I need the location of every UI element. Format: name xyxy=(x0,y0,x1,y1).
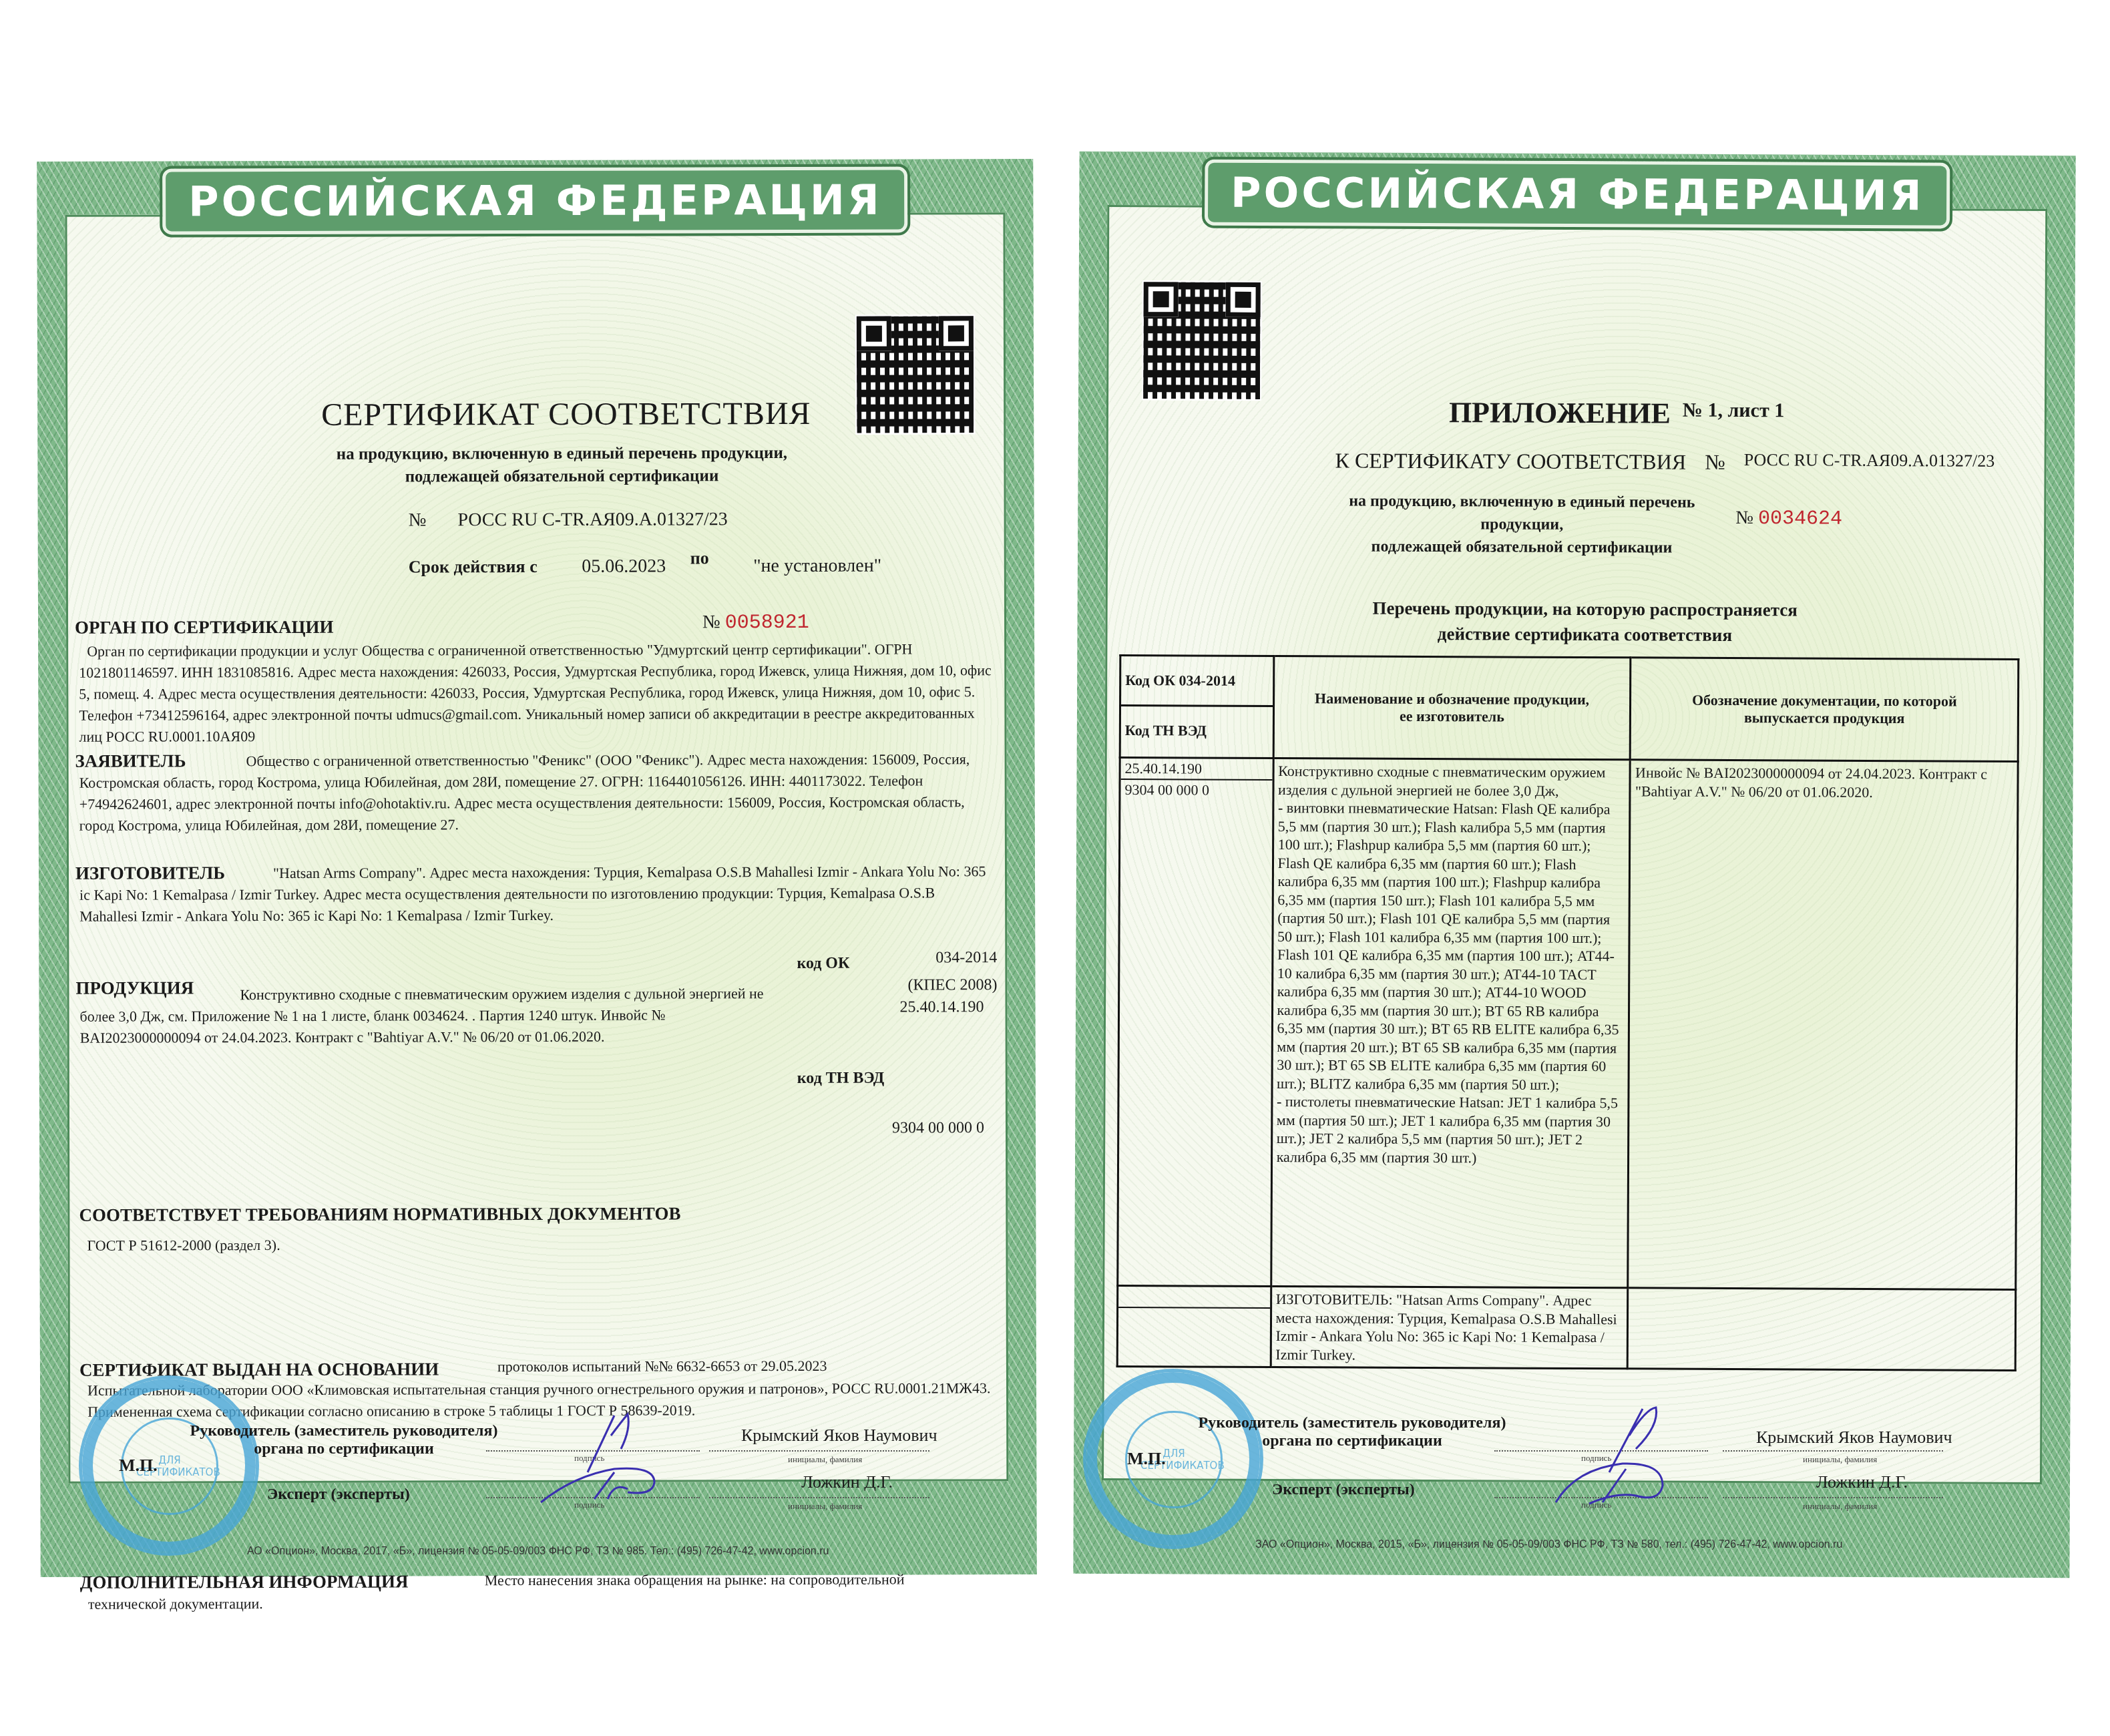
compliance-text: ГОСТ Р 51612-2000 (раздел 3). xyxy=(87,1235,280,1257)
row-tnved-code: 9304 00 000 0 xyxy=(1120,780,1272,801)
basis-label: СЕРТИФИКАТ ВЫДАН НА ОСНОВАНИИ xyxy=(79,1359,439,1380)
row-product-name: Конструктивно сходные с пневматическим о… xyxy=(1271,758,1630,1288)
expert-label: Эксперт (эксперты) xyxy=(267,1486,410,1504)
certificate-sheet: РОССИЙСКАЯ ФЕДЕРАЦИЯ СЕРТИФИКАТ СООТВЕТС… xyxy=(37,159,1037,1577)
head-name: Крымский Яков Наумович xyxy=(741,1426,937,1446)
appendix-title: ПРИЛОЖЕНИЕ № 1, лист 1 xyxy=(1449,395,1784,431)
expert-name-line xyxy=(1723,1497,1943,1498)
additional-info-first: Место нанесения знака обращения на рынке… xyxy=(485,1569,905,1592)
to-certificate: К СЕРТИФИКАТУ СООТВЕТСТВИЯ № РОСС RU C-T… xyxy=(1335,448,1995,475)
appendix-sheet: РОССИЙСКАЯ ФЕДЕРАЦИЯ ПРИЛОЖЕНИЕ № 1, лис… xyxy=(1073,152,2075,1578)
row-manufacturer: ИЗГОТОВИТЕЛЬ: "Hatsan Arms Company". Адр… xyxy=(1271,1287,1628,1369)
expert-name-line xyxy=(709,1497,929,1498)
row-documentation: Инвойс № BAI2023000000094 от 24.04.2023.… xyxy=(1628,760,2018,1290)
table-row: 25.40.14.190 9304 00 000 0 Конструктивно… xyxy=(1118,758,2018,1290)
compliance-label: СООТВЕТСТВУЕТ ТРЕБОВАНИЯМ НОРМАТИВНЫХ ДО… xyxy=(79,1203,680,1225)
blank-number: № 0058921 xyxy=(702,612,809,634)
qr-code-icon xyxy=(1142,280,1262,401)
header-product-name: Наименование и обозначение продукции, ее… xyxy=(1273,656,1631,760)
appendix-paper: РОССИЙСКАЯ ФЕДЕРАЦИЯ ПРИЛОЖЕНИЕ № 1, лис… xyxy=(1102,205,2047,1484)
qr-code-icon xyxy=(855,314,975,434)
additional-info-label: ДОПОЛНИТЕЛЬНАЯ ИНФОРМАЦИЯ xyxy=(80,1572,409,1593)
name-caption: инициалы, фамилия xyxy=(1803,1501,1877,1512)
cert-body-text: Орган по сертификации продукции и услуг … xyxy=(79,638,994,748)
row-ok-code: 25.40.14.190 xyxy=(1121,758,1273,781)
seal-label: М.П. xyxy=(1127,1449,1166,1469)
certificate-paper: РОССИЙСКАЯ ФЕДЕРАЦИЯ СЕРТИФИКАТ СООТВЕТС… xyxy=(65,212,1008,1484)
additional-info-text: технической документации. xyxy=(88,1593,263,1615)
head-name-line xyxy=(1723,1450,1943,1452)
header-documentation: Обозначение документации, по которой вып… xyxy=(1631,658,2019,762)
printer-line: ЗАО «Опцион», Москва, 2015, «Б», лицензи… xyxy=(1255,1539,1842,1551)
expert-signature-icon xyxy=(1549,1456,1696,1509)
head-name-line xyxy=(709,1450,929,1452)
product-text: Конструктивно сходные с пневматическим о… xyxy=(79,983,787,1049)
certificate-subtitle: на продукцию, включенную в единый перече… xyxy=(294,442,829,489)
table-row: ИЗГОТОВИТЕЛЬ: "Hatsan Arms Company". Адр… xyxy=(1117,1286,2016,1371)
seal-label: М.П. xyxy=(119,1456,158,1476)
basis-text-first: протоколов испытаний №№ 6632-6653 от 29.… xyxy=(497,1355,827,1377)
appendix-subtitle: на продукцию, включенную в единый перече… xyxy=(1335,489,1709,559)
expert-label: Эксперт (эксперты) xyxy=(1272,1481,1415,1499)
country-banner: РОССИЙСКАЯ ФЕДЕРАЦИЯ xyxy=(162,167,908,235)
expert-signature-icon xyxy=(534,1462,681,1509)
applicant-text: Общество с ограниченной ответственностью… xyxy=(79,748,994,837)
cert-body-label: ОРГАН ПО СЕРТИФИКАЦИИ xyxy=(75,617,333,638)
row-ok-code xyxy=(1118,1287,1270,1309)
header-tnved-code: Код ТН ВЭД xyxy=(1121,706,1273,755)
blank-number: № 0034624 xyxy=(1735,507,1842,531)
table-header-row: Код ОК 034-2014 Код ТН ВЭД Наименование … xyxy=(1120,656,2019,762)
name-caption: инициалы, фамилия xyxy=(788,1501,862,1512)
country-banner: РОССИЙСКАЯ ФЕДЕРАЦИЯ xyxy=(1205,160,1950,229)
official-stamp: ДЛЯ СЕРТИФИКАТОВ xyxy=(79,1375,259,1556)
expert-name: Ложкин Д.Г. xyxy=(1816,1472,1908,1492)
ok-code-block: код ОК 034-2014 (КПЕС 2008) 25.40.14.190 xyxy=(797,949,997,1017)
head-name: Крымский Яков Наумович xyxy=(1756,1428,1952,1448)
product-list-table: Код ОК 034-2014 Код ТН ВЭД Наименование … xyxy=(1116,654,2020,1371)
expert-name: Ложкин Д.Г. xyxy=(801,1472,893,1492)
name-caption: инициалы, фамилия xyxy=(788,1454,862,1465)
validity-period: Срок действия с 05.06.2023 по "не устано… xyxy=(409,556,881,578)
head-label: Руководитель (заместитель руководителя) … xyxy=(1195,1414,1509,1450)
certificate-title: СЕРТИФИКАТ СООТВЕТСТВИЯ xyxy=(321,395,811,433)
head-label: Руководитель (заместитель руководителя) … xyxy=(187,1422,501,1458)
header-ok-code: Код ОК 034-2014 xyxy=(1121,656,1273,707)
product-list-title: Перечень продукции, на которую распростр… xyxy=(1307,595,1862,648)
printer-line: АО «Опцион», Москва, 2017, «Б», лицензия… xyxy=(247,1546,829,1558)
certificate-number: № РОСС RU C-TR.АЯ09.А.01327/23 xyxy=(409,509,728,531)
official-stamp: ДЛЯ СЕРТИФИКАТОВ xyxy=(1083,1369,1263,1549)
row-documentation xyxy=(1628,1288,2016,1371)
row-tnved-code xyxy=(1118,1308,1270,1329)
name-caption: инициалы, фамилия xyxy=(1803,1454,1877,1465)
manufacturer-text: "Hatsan Arms Company". Адрес места нахож… xyxy=(79,861,994,927)
tnved-code-block: код ТН ВЭД 9304 00 000 0 xyxy=(797,1069,998,1138)
